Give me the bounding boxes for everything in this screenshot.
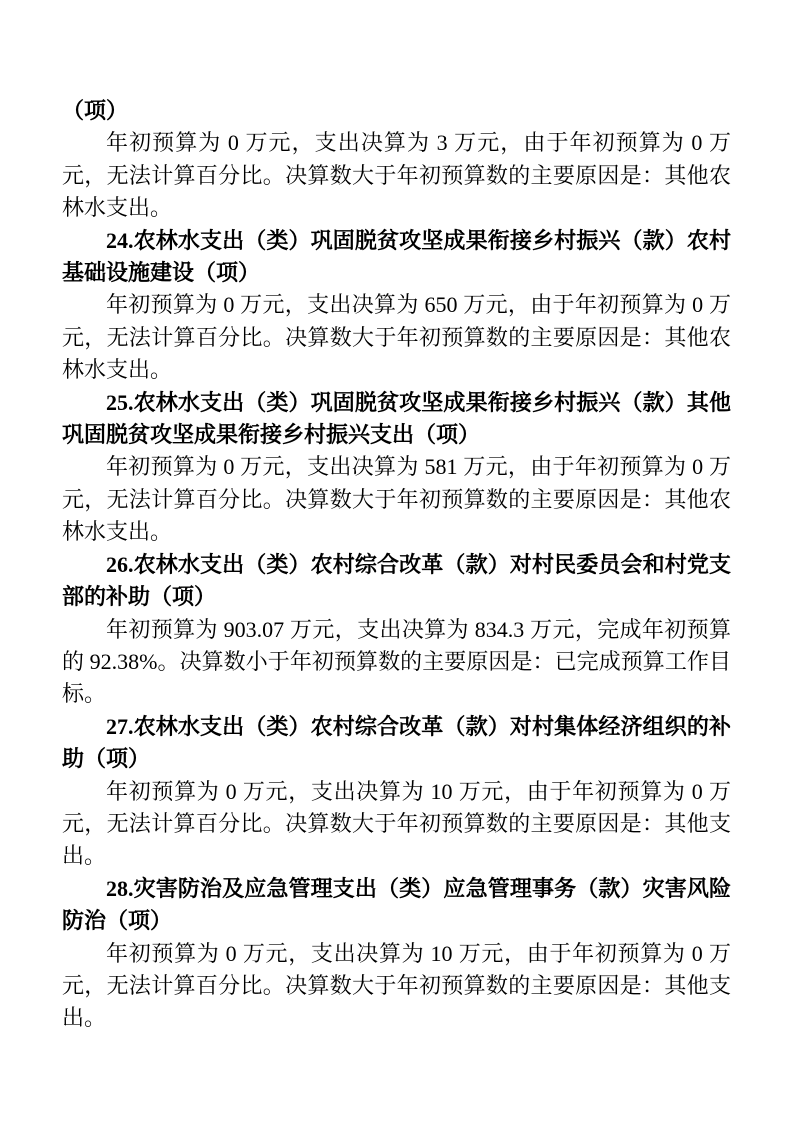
section-28-heading: 28.灾害防治及应急管理支出（类）应急管理事务（款）灾害风险防治（项）	[62, 873, 731, 938]
section-27-heading: 27.农林水支出（类）农村综合改革（款）对村集体经济组织的补助（项）	[62, 711, 731, 776]
continued-section-body: 年初预算为 0 万元，支出决算为 3 万元，由于年初预算为 0 万元，无法计算百…	[62, 127, 731, 224]
section-27-body: 年初预算为 0 万元，支出决算为 10 万元，由于年初预算为 0 万元，无法计算…	[62, 776, 731, 873]
section-26-body: 年初预算为 903.07 万元，支出决算为 834.3 万元，完成年初预算的 9…	[62, 614, 731, 711]
section-24-body: 年初预算为 0 万元，支出决算为 650 万元，由于年初预算为 0 万元，无法计…	[62, 289, 731, 386]
section-25-heading: 25.农林水支出（类）巩固脱贫攻坚成果衔接乡村振兴（款）其他巩固脱贫攻坚成果衔接…	[62, 387, 731, 452]
section-28-body: 年初预算为 0 万元，支出决算为 10 万元，由于年初预算为 0 万元，无法计算…	[62, 938, 731, 1035]
continued-heading-tail: （项）	[62, 95, 731, 127]
section-24-heading: 24.农林水支出（类）巩固脱贫攻坚成果衔接乡村振兴（款）农村基础设施建设（项）	[62, 225, 731, 290]
document-page: （项） 年初预算为 0 万元，支出决算为 3 万元，由于年初预算为 0 万元，无…	[0, 0, 793, 1122]
section-25-body: 年初预算为 0 万元，支出决算为 581 万元，由于年初预算为 0 万元，无法计…	[62, 451, 731, 548]
section-26-heading: 26.农林水支出（类）农村综合改革（款）对村民委员会和村党支部的补助（项）	[62, 549, 731, 614]
